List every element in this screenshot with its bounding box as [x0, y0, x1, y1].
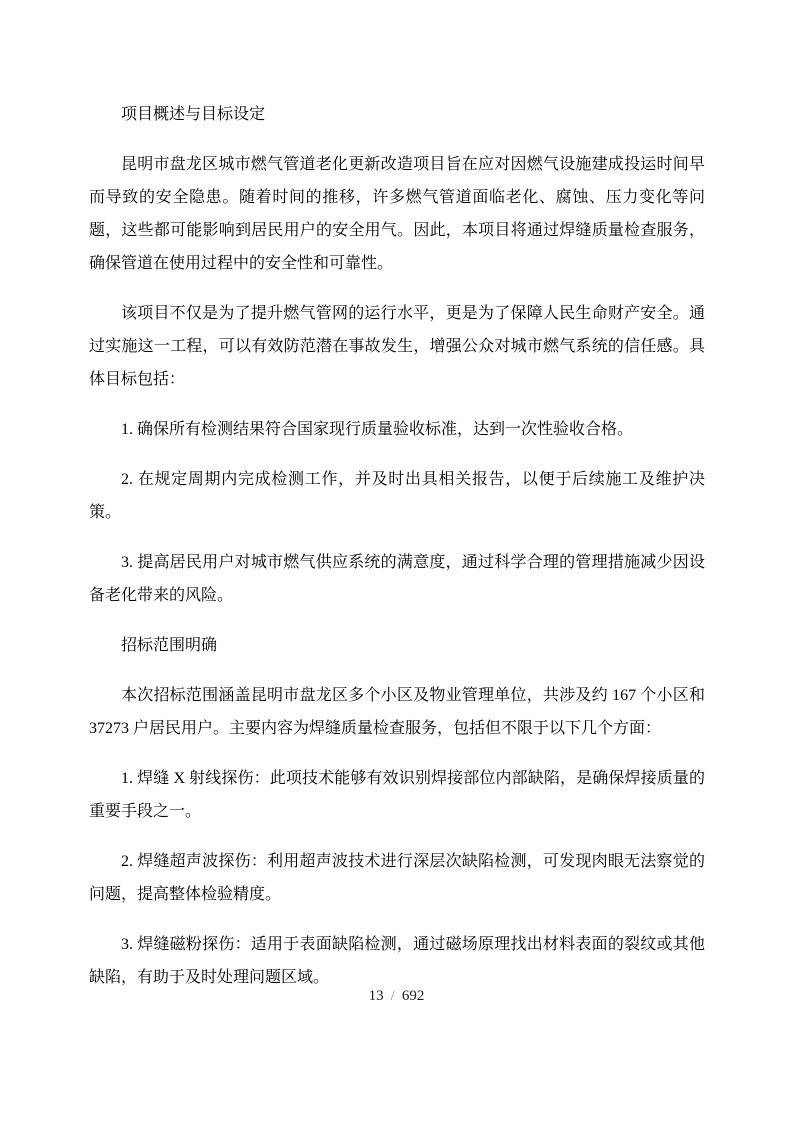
list-item-goal-1: 1. 确保所有检测结果符合国家现行质量验收标准，达到一次性验收合格。: [89, 413, 705, 446]
page-number-separator: /: [391, 988, 395, 1004]
document-content: 项目概述与目标设定 昆明市盘龙区城市燃气管道老化更新改造项目旨在应对因燃气设施建…: [89, 98, 705, 1011]
list-item-scope-1: 1. 焊缝 X 射线探伤：此项技术能够有效识别焊接部位内部缺陷，是确保焊接质量的…: [89, 762, 705, 828]
section-heading-project-overview: 项目概述与目标设定: [89, 98, 705, 131]
paragraph-project-background: 昆明市盘龙区城市燃气管道老化更新改造项目旨在应对因燃气设施建成投运时间早而导致的…: [89, 148, 705, 280]
current-page-number: 13: [369, 988, 384, 1004]
list-item-goal-3: 3. 提高居民用户对城市燃气供应系统的满意度，通过科学合理的管理措施减少因设备老…: [89, 546, 705, 612]
document-page: 项目概述与目标设定 昆明市盘龙区城市燃气管道老化更新改造项目旨在应对因燃气设施建…: [0, 0, 793, 1122]
list-item-goal-2: 2. 在规定周期内完成检测工作，并及时出具相关报告，以便于后续施工及维护决策。: [89, 463, 705, 529]
total-page-count: 692: [402, 988, 425, 1004]
paragraph-project-purpose: 该项目不仅是为了提升燃气管网的运行水平，更是为了保障人民生命财产安全。通过实施这…: [89, 297, 705, 396]
paragraph-tender-scope: 本次招标范围涵盖昆明市盘龙区多个小区及物业管理单位，共涉及约 167 个小区和 …: [89, 679, 705, 745]
list-item-scope-2: 2. 焊缝超声波探伤：利用超声波技术进行深层次缺陷检测，可发现肉眼无法察觉的问题…: [89, 845, 705, 911]
section-heading-tender-scope: 招标范围明确: [89, 629, 705, 662]
list-item-scope-3: 3. 焊缝磁粉探伤：适用于表面缺陷检测，通过磁场原理找出材料表面的裂纹或其他缺陷…: [89, 928, 705, 994]
page-footer: 13/692: [0, 986, 793, 1006]
